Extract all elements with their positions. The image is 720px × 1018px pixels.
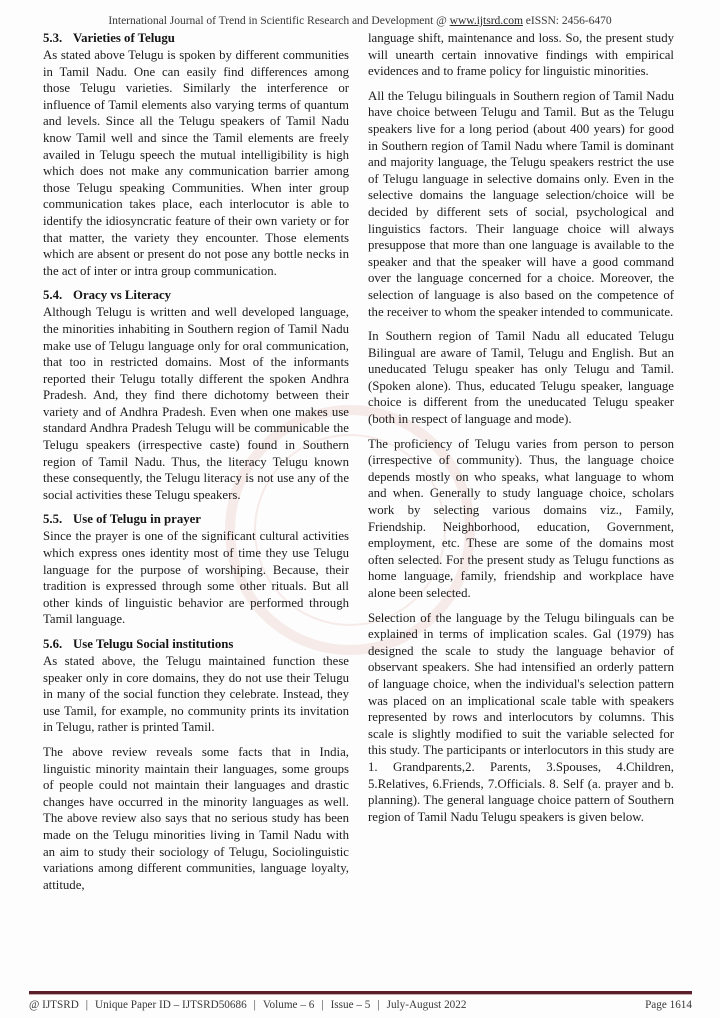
running-header: International Journal of Trend in Scient…	[0, 14, 720, 27]
section-heading-5-5: 5.5.Use of Telugu in prayer	[43, 511, 349, 527]
paragraph: The proficiency of Telugu varies from pe…	[368, 436, 674, 602]
issn: eISSN: 2456-6470	[526, 14, 612, 27]
right-column: language shift, maintenance and loss. So…	[368, 30, 674, 833]
footer-meta: @ IJTSRD|Unique Paper ID – IJTSRD50686|V…	[29, 999, 466, 1011]
paragraph: As stated above Telugu is spoken by diff…	[43, 47, 349, 279]
paragraph: Since the prayer is one of the significa…	[43, 528, 349, 628]
page-number: Page 1614	[645, 999, 692, 1011]
paragraph: In Southern region of Tamil Nadu all edu…	[368, 328, 674, 428]
paragraph: As stated above, the Telugu maintained f…	[43, 653, 349, 736]
left-column: 5.3.Varieties of Telugu As stated above …	[43, 30, 349, 901]
paragraph: Selection of the language by the Telugu …	[368, 610, 674, 826]
paragraph: Although Telugu is written and well deve…	[43, 304, 349, 503]
paragraph: language shift, maintenance and loss. So…	[368, 30, 674, 80]
section-heading-5-3: 5.3.Varieties of Telugu	[43, 30, 349, 46]
section-heading-5-6: 5.6.Use Telugu Social institutions	[43, 636, 349, 652]
journal-url-link[interactable]: www.ijtsrd.com	[450, 14, 523, 27]
section-heading-5-4: 5.4.Oracy vs Literacy	[43, 287, 349, 303]
page-footer: @ IJTSRD|Unique Paper ID – IJTSRD50686|V…	[29, 999, 692, 1011]
paragraph: The above review reveals some facts that…	[43, 744, 349, 893]
paragraph: All the Telugu bilinguals in Southern re…	[368, 88, 674, 320]
journal-name: International Journal of Trend in Scient…	[108, 14, 446, 27]
footer-rule	[29, 991, 692, 995]
